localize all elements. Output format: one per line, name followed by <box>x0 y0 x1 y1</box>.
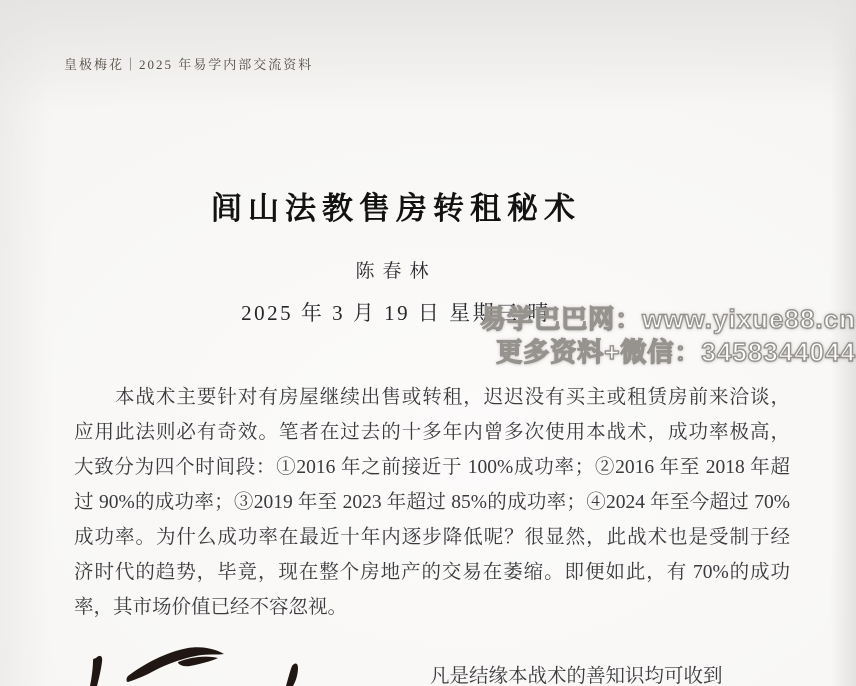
paragraph-line: 率，其市场价值已经不容忽视。 <box>74 590 790 625</box>
paragraph-line: 大致分为四个时间段：①2016 年之前接近于 100%成功率；②2016 年至 … <box>74 450 790 485</box>
watermark-wechat-contact: 更多资料+微信：3458344044 <box>480 336 856 369</box>
author-name: 陈春林 <box>0 256 792 283</box>
calligraphy-brush-strokes-image <box>82 642 332 686</box>
paragraph-line: 应用此法则必有奇效。笔者在过去的十多年内曾多次使用本战术，成功率极高， <box>74 415 790 450</box>
paragraph-line: 济时代的趋势，毕竟，现在整个房地产的交易在萎缩。即便如此，有 70%的成功 <box>74 555 790 590</box>
watermark-site-url: 易学巴巴网：www.yixue88.cn <box>480 303 856 336</box>
document-header: 皇极梅花｜2025 年易学内部交流资料 <box>64 54 313 73</box>
paragraph-line: 成功率。为什么成功率在最近十年内逐步降低呢？很显然，此战术也是受制于经 <box>74 520 790 555</box>
body-paragraph: 本战术主要针对有房屋继续出售或转租，迟迟没有买主或租赁房前来洽谈， 应用此法则必… <box>74 380 790 625</box>
paragraph-line: 过 90%的成功率；③2019 年至 2023 年超过 85%的成功率；④202… <box>74 485 790 520</box>
paragraph-line: 本战术主要针对有房屋继续出售或转租，迟迟没有买主或租赁房前来洽谈， <box>74 380 790 415</box>
site-watermark: 易学巴巴网：www.yixue88.cn 更多资料+微信：3458344044 <box>474 301 856 371</box>
scanned-document-page: { "page": { "header": "皇极梅花｜2025 年易学内部交流… <box>0 0 856 686</box>
next-paragraph-first-line: 凡是结缘本战术的善知识均可收到 <box>430 659 723 686</box>
document-title: 闾山法教售房转租秘术 <box>0 183 792 228</box>
